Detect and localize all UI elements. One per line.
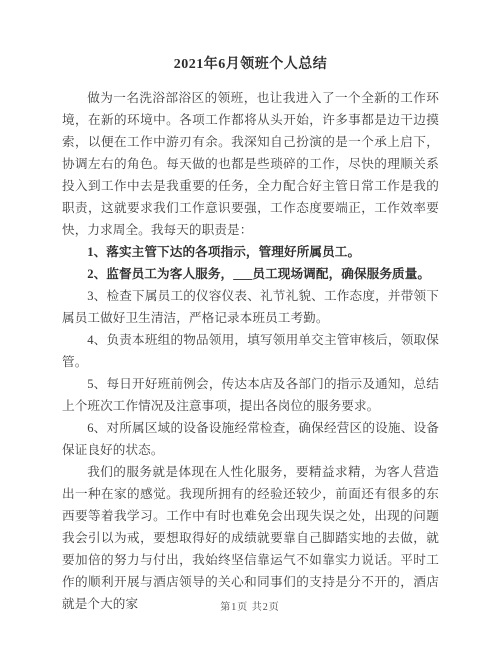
duty-item-5: 5、每日开好班前例会，传达本店及各部门的指示及通知，总结上个班次工作情况及注意事… — [62, 373, 439, 417]
duty-item-2: 2、监督员工为客人服务，___员工现场调配，确保服务质量。 — [62, 263, 439, 285]
page-number: 第1页 共2页 — [0, 598, 500, 613]
intro-paragraph: 做为一名洗浴部浴区的领班，也让我进入了一个全新的工作环境，在新的环境中。各项工作… — [62, 87, 439, 241]
document-title: 2021年6月领班个人总结 — [62, 55, 439, 75]
duty-item-6: 6、对所属区域的设备设施经常检查，确保经营区的设施、设备保证良好的状态。 — [62, 417, 439, 461]
duty-item-4: 4、负责本班组的物品领用，填写领用单交主管审核后，领取保管。 — [62, 329, 439, 373]
duty-item-1: 1、落实主管下达的各项指示，管理好所属员工。 — [62, 241, 439, 263]
document-page: 2021年6月领班个人总结 做为一名洗浴部浴区的领班，也让我进入了一个全新的工作… — [0, 0, 500, 647]
closing-paragraph: 我们的服务就是体现在人性化服务，要精益求精，为客人营造出一种在家的感觉。我现所拥… — [62, 461, 439, 615]
duty-item-3: 3、检查下属员工的仪容仪表、礼节礼貌、工作态度，并带领下属员工做好卫生清洁，严格… — [62, 285, 439, 329]
document-body: 做为一名洗浴部浴区的领班，也让我进入了一个全新的工作环境，在新的环境中。各项工作… — [62, 87, 439, 615]
